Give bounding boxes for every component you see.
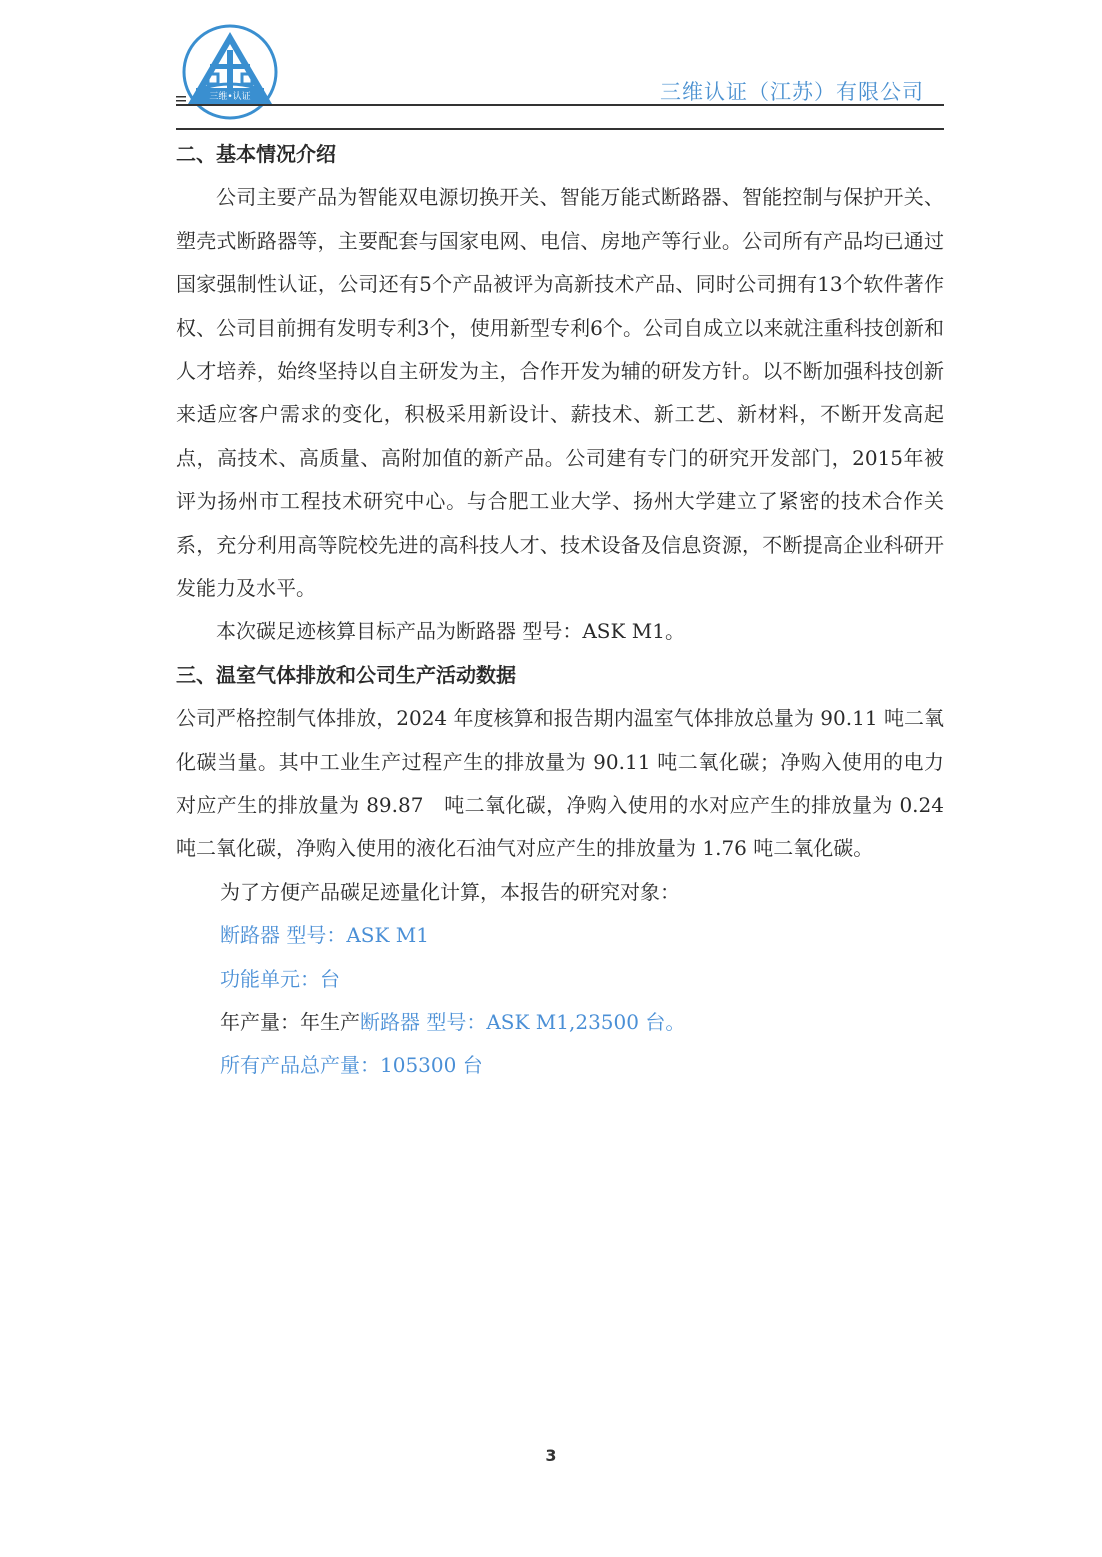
annual-output-label: 年产量：年生产 <box>220 1010 360 1034</box>
total-output: 所有产品总产量：105300 台 <box>176 1044 944 1087</box>
annual-output: 年产量：年生产断路器 型号：ASK M1,23500 台。 <box>176 1001 944 1044</box>
company-introduction-paragraph: 公司主要产品为智能双电源切换开关、智能万能式断路器、智能控制与保护开关、塑壳式断… <box>176 176 944 610</box>
certification-emblem-icon: 三维•认证 <box>172 22 292 127</box>
emissions-paragraph: 公司严格控制气体排放，2024 年度核算和报告期内温室气体排放总量为 90.11… <box>176 697 944 871</box>
company-logo: 三维•认证 <box>172 22 292 127</box>
header-divider-bottom <box>176 128 944 130</box>
target-product-paragraph: 本次碳足迹核算目标产品为断路器 型号：ASK M1。 <box>176 610 944 653</box>
section-heading-emissions: 三、温室气体排放和公司生产活动数据 <box>176 654 944 697</box>
study-product-model: 断路器 型号：ASK M1 <box>176 914 944 957</box>
section-heading-basic-info: 二、基本情况介绍 <box>176 133 944 176</box>
company-name: 三维认证（江苏）有限公司 <box>660 76 924 106</box>
annual-output-value: 断路器 型号：ASK M1,23500 台。 <box>360 1010 685 1034</box>
svg-text:三维•认证: 三维•认证 <box>209 90 250 102</box>
functional-unit: 功能单元：台 <box>176 958 944 1001</box>
page-body: 二、基本情况介绍 公司主要产品为智能双电源切换开关、智能万能式断路器、智能控制与… <box>176 133 944 1088</box>
header-divider-top <box>176 104 944 106</box>
page-number: 3 <box>0 1446 1102 1465</box>
study-object-intro: 为了方便产品碳足迹量化计算，本报告的研究对象： <box>176 871 944 914</box>
